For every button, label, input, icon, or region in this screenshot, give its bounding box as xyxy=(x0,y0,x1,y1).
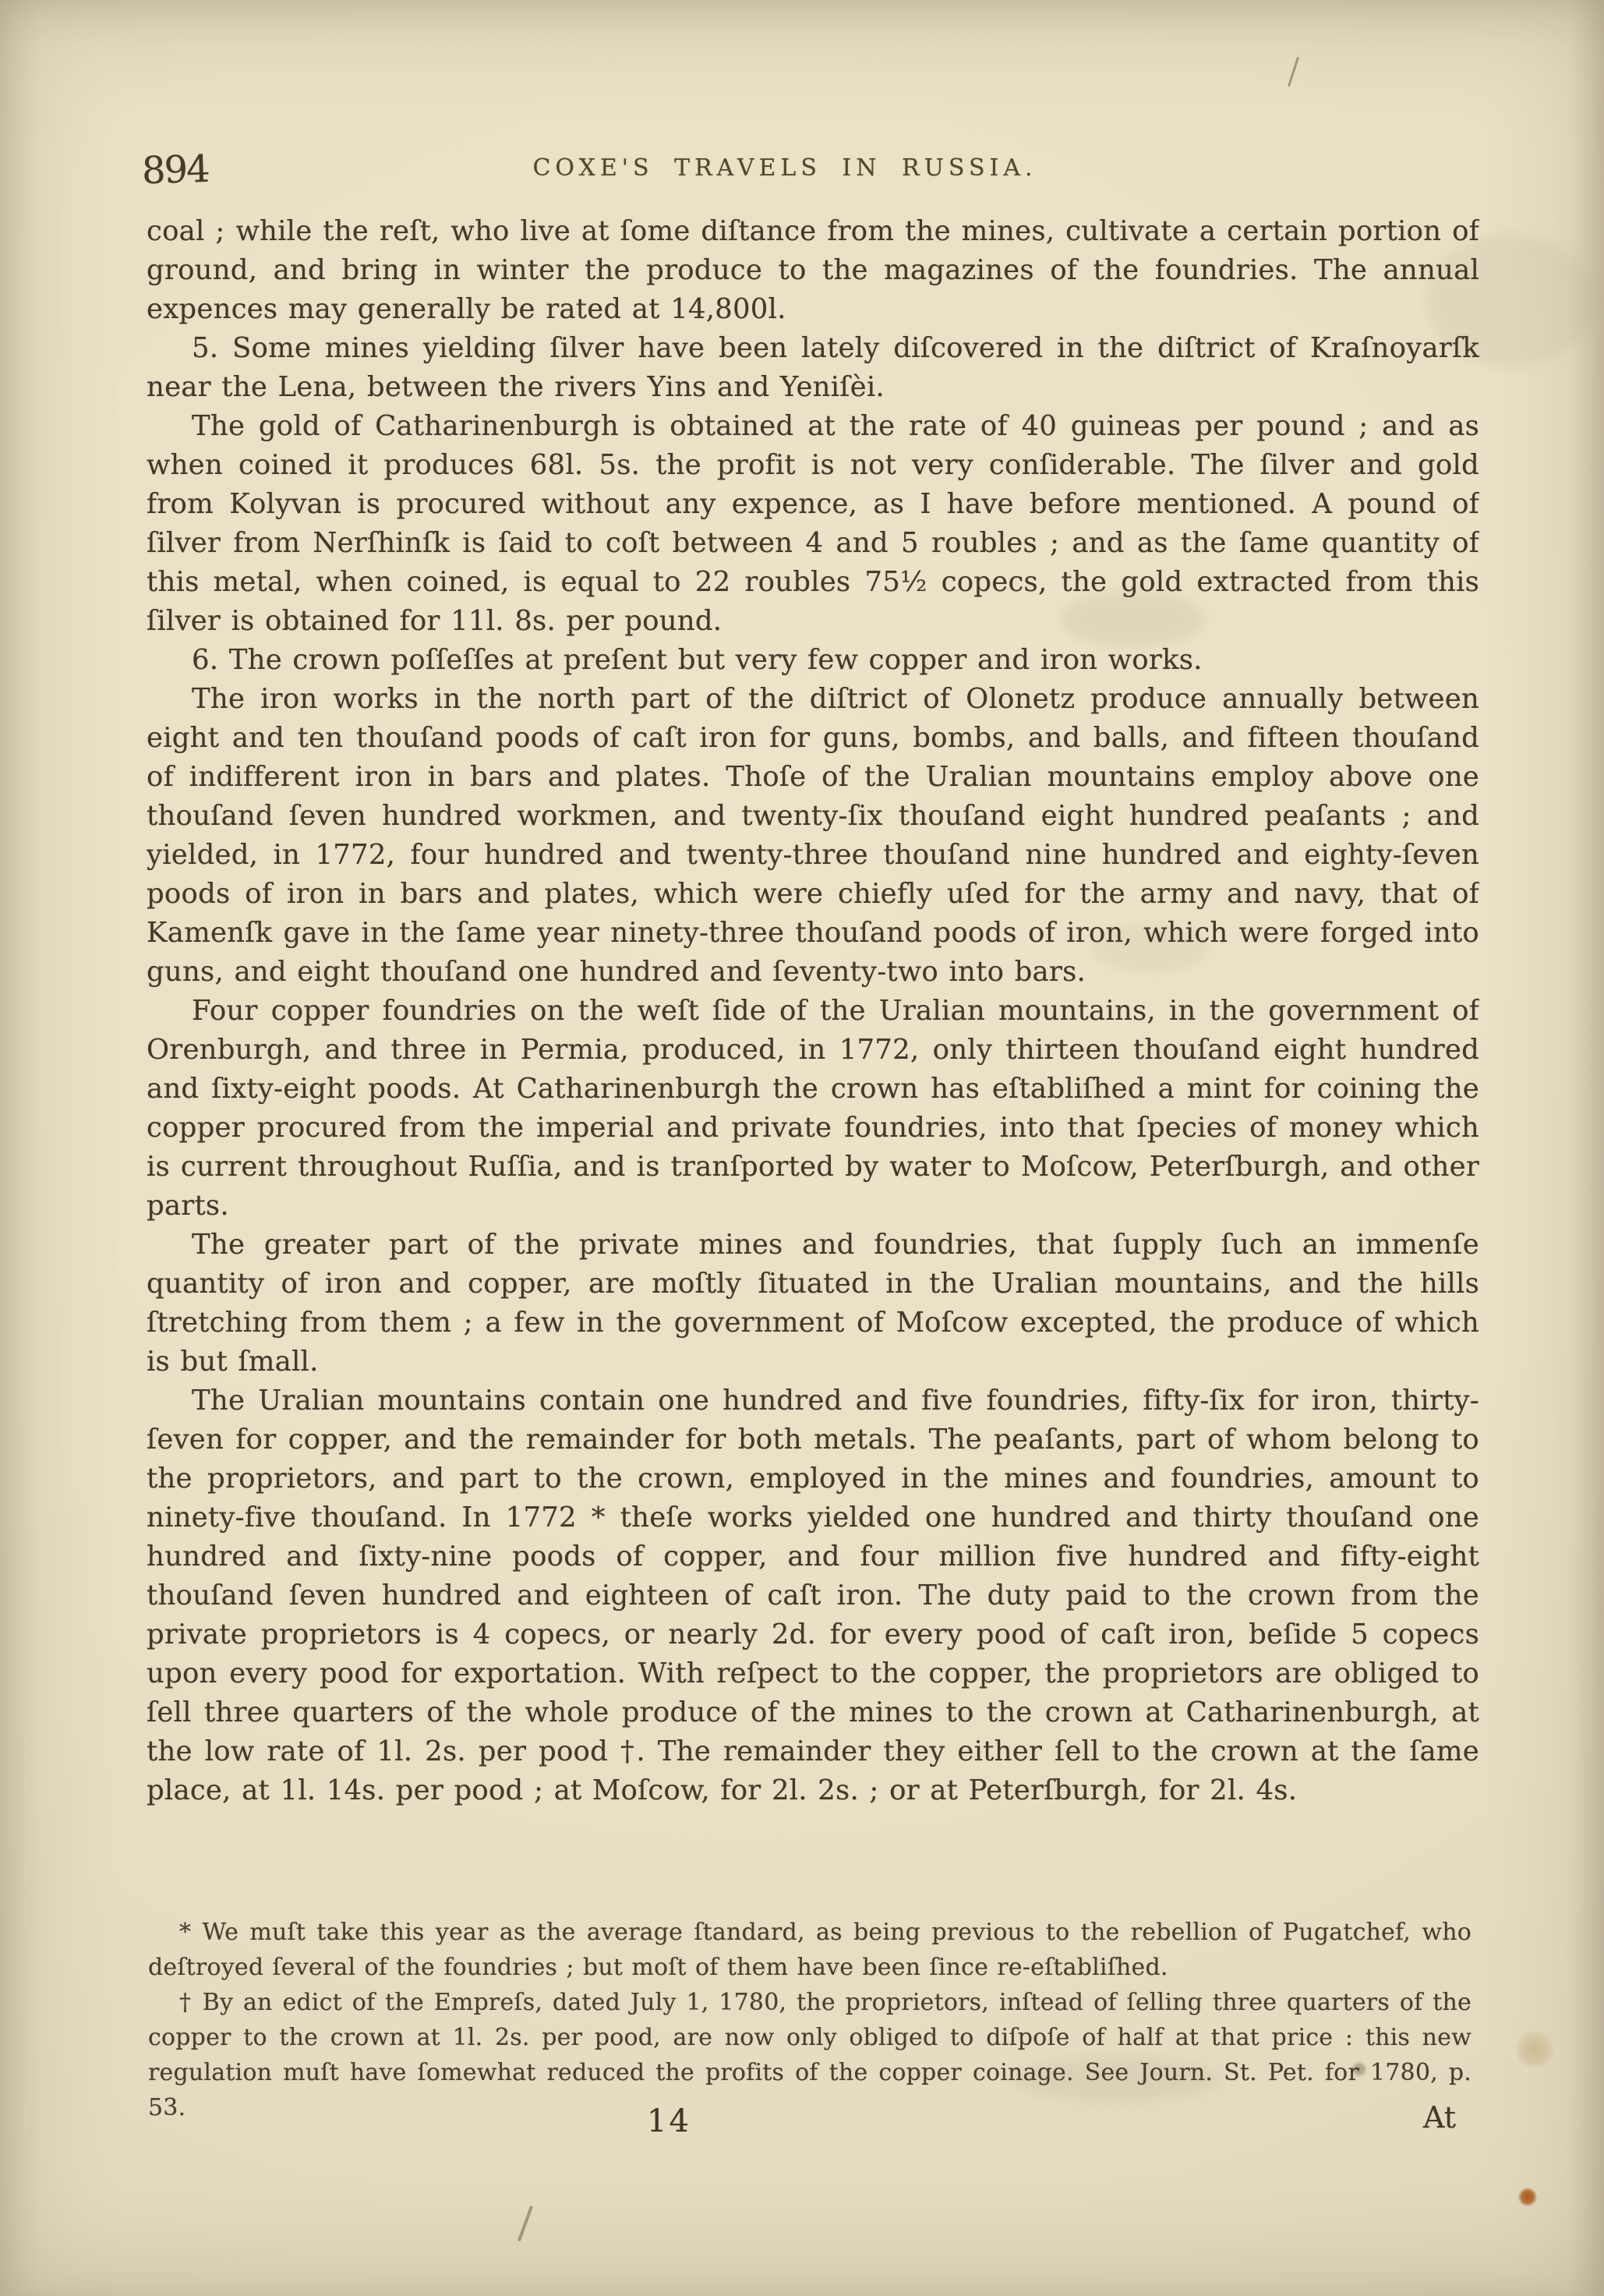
paragraph-item-5-silver-mines: 5. Some mines yielding ſilver have been … xyxy=(147,329,1479,407)
signature-mark: 14 xyxy=(647,2103,691,2139)
paragraph-private-mines: The greater part of the private mines an… xyxy=(147,1226,1479,1381)
footnotes: * We muſt take this year as the average … xyxy=(148,1915,1472,2125)
footnote-dagger: † By an edict of the Empreſs, dated July… xyxy=(148,1985,1472,2125)
ink-stroke-mark xyxy=(518,2206,533,2241)
running-title: COXE'S TRAVELS IN RUSSIA. xyxy=(0,154,1587,182)
book-page: 894 COXE'S TRAVELS IN RUSSIA. coal ; whi… xyxy=(0,0,1604,2296)
paragraph-item-6-crown-works: 6. The crown poſſeſſes at preſent but ve… xyxy=(147,641,1479,680)
paragraph-uralian-mountains: The Uralian mountains contain one hundre… xyxy=(147,1381,1479,1810)
paragraph-four-copper-foundries: Four copper foundries on the weſt ſide o… xyxy=(147,992,1479,1226)
paragraph-gold-of-catharinenburgh: The gold of Catharinenburgh is obtained … xyxy=(147,407,1479,641)
paragraph-iron-works-olonetz: The iron works in the north part of the … xyxy=(147,680,1479,992)
pen-mark xyxy=(1288,57,1299,87)
paragraph-coal-continuation: coal ; while the reſt, who live at ſome … xyxy=(147,212,1479,329)
paper-stain xyxy=(1514,2032,1556,2068)
footnote-asterisk: * We muſt take this year as the average … xyxy=(148,1915,1472,1985)
body-text: coal ; while the reſt, who live at ſome … xyxy=(147,212,1479,1915)
foxing-spot xyxy=(1518,2188,1537,2206)
catchword: At xyxy=(1423,2100,1456,2135)
